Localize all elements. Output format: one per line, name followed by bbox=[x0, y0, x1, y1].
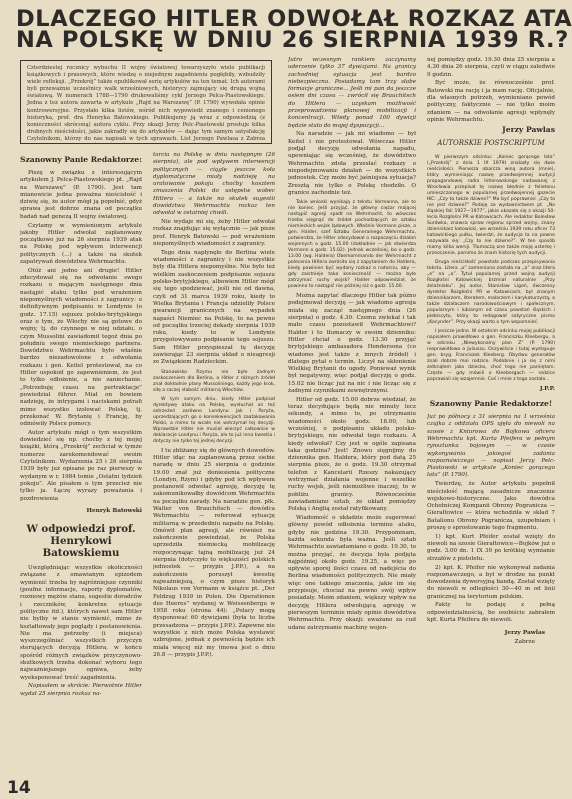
paragraph: tarcia na Polskę w dniu następnym (26 si… bbox=[153, 152, 275, 218]
small-paragraph: I jeszcze jedno. W ostatnim odcinku moje… bbox=[427, 329, 555, 383]
paragraph: Fakty te podaję z pełną odpowiedzialnośc… bbox=[427, 602, 555, 624]
paragraph: Uwzględniając wszystkie okoliczności zwi… bbox=[20, 565, 142, 682]
quote-paragraph: Już po północy z 31 sierpnia na 1 wrześn… bbox=[427, 414, 555, 480]
letter-salutation: Szanowny Panie Redaktorze: bbox=[20, 155, 142, 164]
signature-pelc-piastowski: Jerzy Pawlas bbox=[427, 126, 555, 133]
paragraph: Otóż ani jedno ani drugie! Hitler zdecyd… bbox=[20, 268, 142, 429]
column-2: tarcia na Polskę w dniu następnym (26 si… bbox=[153, 152, 275, 767]
initials-jpp: J.P.P. bbox=[427, 386, 555, 393]
paragraph: Piszę w związku z interesującym artykułe… bbox=[20, 170, 142, 221]
column-3: Jutro wczesnym rankiem zaczynamy uderzen… bbox=[288, 57, 416, 767]
paragraph: Hitler od godz. 15.00 dobrze wiedział, ż… bbox=[288, 397, 416, 514]
postscript-heading: AUTORSKIE POSTSCRIPTUM bbox=[427, 140, 555, 147]
column-1: Szanowny Panie Redaktorze: Piszę w związ… bbox=[20, 152, 142, 772]
letter-salutation-2: Szanowny Panie Redaktorze! bbox=[427, 399, 555, 408]
editorial-intro-box: Czterdziestej rocznicy wybuchu II wojny … bbox=[20, 60, 272, 144]
paragraph: Autor artykułu mógł o tym wszystkim dowi… bbox=[20, 430, 142, 503]
small-paragraph: W tym samym dniu, kiedy Hitler podpisał … bbox=[153, 397, 275, 445]
newspaper-page: DLACZEGO HITLER ODWOŁAŁ ROZKAZ ATAKU NA … bbox=[0, 0, 572, 799]
signature-city: Zabrze bbox=[427, 639, 535, 646]
paragraph: Być może, że równocześnie prof. Batowski… bbox=[427, 80, 555, 124]
paragraph: 1) kpt. Kurt Pfeifer został wzięty do ni… bbox=[427, 534, 555, 563]
column-4: nej pomiędzy godz. 19.30 dnia 25 sierpni… bbox=[427, 57, 555, 772]
paragraph: Nie wydaje mi się, żeby Hitler odwołał r… bbox=[153, 219, 275, 248]
paragraph: Czytamy w wymienionym artykule jakoby Hi… bbox=[20, 223, 142, 267]
paragraph: Napisałem w skrócie: Pierwotnie Hitler w… bbox=[20, 683, 142, 698]
headline: DLACZEGO HITLER ODWOŁAŁ ROZKAZ ATAKU NA … bbox=[16, 9, 561, 51]
signature-pawlas: Jerzy Pawlas bbox=[427, 630, 545, 637]
paragraph: 2) kpt. K. Pfeifer nie wykonywał zadania… bbox=[427, 565, 555, 601]
headline-line-2: NA POLSKĘ W DNIU 26 SIERPNIA 1939 R.? bbox=[16, 30, 561, 51]
paragraph: Na naradzie — jak mi wiadomo — był Keite… bbox=[288, 131, 416, 197]
paragraph: Można zapytać dlaczego Hitler tak późno … bbox=[288, 293, 416, 395]
paragraph: Twierdzę, że Autor artykułu popełnił nie… bbox=[427, 481, 555, 532]
small-paragraph: Stanowisko Rzymu nie było żadnym zaskocz… bbox=[153, 370, 275, 394]
paragraph: nej pomiędzy godz. 19.30 dnia 25 sierpni… bbox=[427, 57, 555, 79]
signature-batowski: Henryk Batowski bbox=[20, 508, 142, 515]
paragraph: I tu zbliżamy się do głównych dowodów. H… bbox=[153, 448, 275, 660]
small-paragraph: Druga nieścisłość powstała podczas przep… bbox=[427, 260, 555, 326]
paragraph: Tego dnia napłynęło do Berlina wiele wia… bbox=[153, 250, 275, 367]
paragraph: Wiadomość o układzie może sugerować głów… bbox=[288, 515, 416, 632]
quote-paragraph: Jutro wczesnym rankiem zaczynamy uderzen… bbox=[288, 57, 416, 130]
reply-heading: W odpowiedzi prof. Henrykowi Batowskiemu bbox=[20, 523, 142, 559]
small-paragraph: Takie wnioski wynikają z tekstu Vormanna… bbox=[288, 200, 416, 290]
small-paragraph: W pierwszym odcinku: „Koniec gorącego la… bbox=[427, 155, 555, 257]
page-number: 14 bbox=[7, 778, 31, 798]
